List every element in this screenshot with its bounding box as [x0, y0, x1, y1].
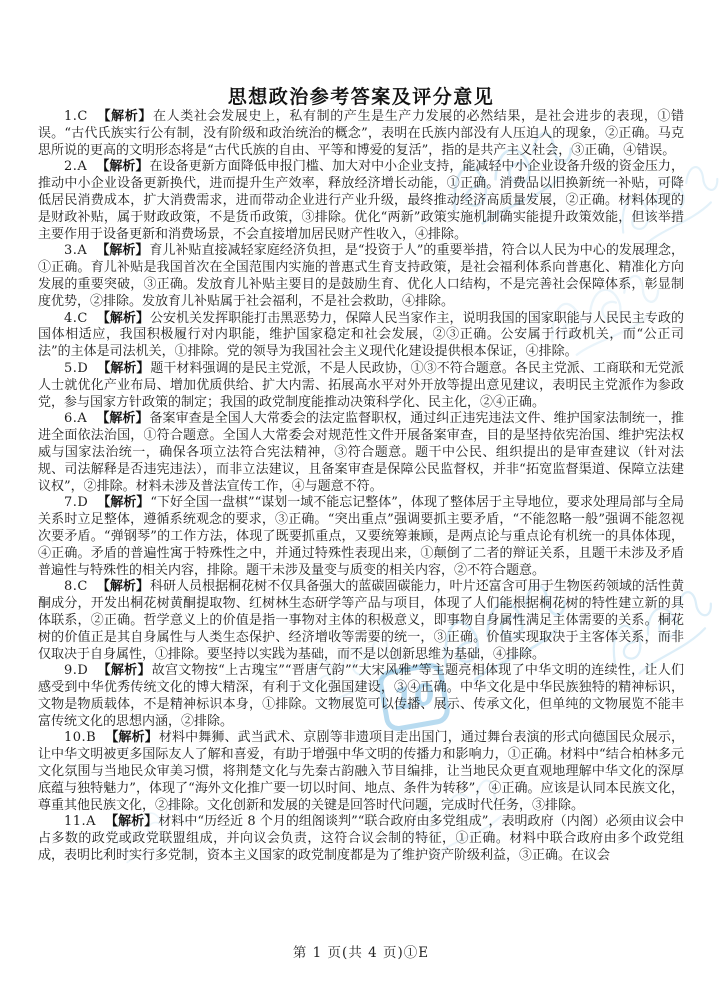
answer-number: 9.D — [64, 663, 88, 678]
answer-item-1: 1.C【解析】在人类社会发展史上，私有制的产生是生产力发展的必然结果，是社会进步… — [38, 109, 684, 159]
answer-number: 3.A — [64, 243, 87, 258]
answer-number: 1.C — [64, 109, 88, 124]
answer-item-7: 7.D【解析】“下好全国一盘棋”“谋划一域不能忘记整体”，体现了整体居于主导地位… — [38, 495, 684, 579]
answer-number: 5.D — [64, 361, 88, 376]
analysis-tag: 【解析】 — [97, 663, 150, 678]
answer-item-9: 9.D【解析】故宫文物按“上古瑰宝”“晋唐气韵”“大宋风雅”等主题亮相体现了中华… — [38, 663, 684, 730]
answer-item-3: 3.A【解析】育儿补贴直接减轻家庭经济负担，是“投资于人”的重要举措，符合以人民… — [38, 243, 684, 310]
analysis-tag: 【解析】 — [96, 411, 148, 426]
answer-number: 4.C — [64, 311, 88, 326]
answer-number: 11.A — [64, 814, 96, 829]
answer-item-4: 4.C【解析】公安机关发挥职能打击黑恶势力，保障人民当家作主，说明我国的国家职能… — [38, 311, 684, 361]
page-footer: 第 1 页(共 4 页)①E — [0, 941, 722, 961]
answer-number: 10.B — [64, 730, 96, 745]
answer-number: 7.D — [64, 495, 88, 510]
answer-item-8: 8.C【解析】科研人员根据桐花树不仅具备强大的蓝碳固碳能力，叶片还富含可用于生物… — [38, 579, 684, 663]
analysis-tag: 【解析】 — [97, 361, 149, 376]
answer-sheet-page: 10 思想政治参考答案及评分意见 1.C【解析】在人类社会发展史上，私有制的产生… — [0, 0, 722, 1005]
analysis-tag: 【解析】 — [105, 814, 157, 829]
answer-number: 8.C — [64, 579, 88, 594]
analysis-tag: 【解析】 — [97, 311, 149, 326]
analysis-tag: 【解析】 — [97, 495, 149, 510]
answer-item-6: 6.A【解析】备案审查是全国人大常委会的法定监督职权，通过纠正违宪违法文件、维护… — [38, 411, 684, 495]
page-title: 思想政治参考答案及评分意见 — [0, 82, 722, 109]
analysis-tag: 【解析】 — [96, 159, 148, 174]
answer-item-11: 11.A【解析】材料中“历经近 8 个月的组阁谈判”“联合政府由多党组成”，表明… — [38, 814, 684, 864]
analysis-tag: 【解析】 — [105, 730, 158, 745]
answer-number: 6.A — [64, 411, 87, 426]
analysis-tag: 【解析】 — [96, 243, 148, 258]
answer-list: 1.C【解析】在人类社会发展史上，私有制的产生是生产力发展的必然结果，是社会进步… — [38, 109, 684, 865]
answer-item-2: 2.A【解析】在设备更新方面降低申报门槛、加大对中小企业支持，能减轻中小企业设备… — [38, 159, 684, 243]
answer-item-5: 5.D【解析】题干材料强调的是民主党派，不是人民政协，①③不符合题意。各民主党派… — [38, 361, 684, 411]
analysis-tag: 【解析】 — [97, 109, 152, 124]
answer-number: 2.A — [64, 159, 87, 174]
analysis-tag: 【解析】 — [97, 579, 149, 594]
answer-item-10: 10.B【解析】材料中舞狮、武当武术、京剧等非遗项目走出国门，通过舞台表演的形式… — [38, 730, 684, 814]
